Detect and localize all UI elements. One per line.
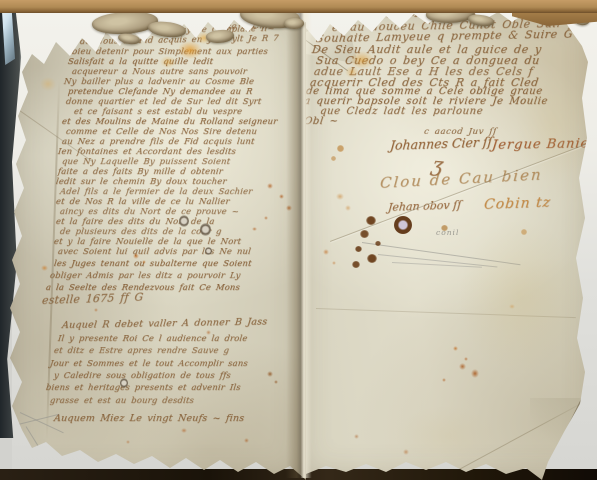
stain xyxy=(274,380,278,384)
handwriting-line: au Nez a prendre fils de Fid acquis lunt xyxy=(61,137,255,145)
handwriting-line: et la faire des dits du Nort de la xyxy=(55,217,215,225)
stain xyxy=(181,428,187,433)
stain xyxy=(267,183,273,189)
worm-hole xyxy=(200,223,211,236)
handwriting-line: Auquel R debet valler A donner B Jass xyxy=(61,317,267,330)
stain xyxy=(160,56,176,68)
stain xyxy=(459,363,466,370)
stain xyxy=(40,77,56,91)
ink-blot xyxy=(360,230,369,238)
signature: Jehan obov ſſ xyxy=(388,199,462,213)
handwriting-line: de plusieurs des dits de la cour g xyxy=(59,227,222,235)
handwriting-line: pretendue Clefande Ny demandee au R xyxy=(67,87,253,95)
signature: Clou de Cau bien xyxy=(379,167,543,191)
ink-blot xyxy=(367,254,377,263)
stain xyxy=(345,66,359,78)
handwriting-line: donne quartier et led de Sur led dit Syr… xyxy=(65,97,261,105)
stain xyxy=(403,449,409,455)
handwriting-line: avec Soient lui quil advis par les Ne nu… xyxy=(57,247,251,255)
handwriting-line: et y la faire Nouielle de la que le Nort xyxy=(53,237,241,245)
ink-blot xyxy=(337,145,344,152)
handwriting-line: et de Nos R la ville de ce lu Nallier xyxy=(55,197,230,205)
stain xyxy=(345,205,351,211)
stain xyxy=(286,205,292,211)
handwriting-line: grasse et est au bourg desdits xyxy=(49,396,194,404)
handwriting-line: aincy es dits du Nort de ce prouve ~ xyxy=(59,207,239,215)
handwriting-line: Adel fils a le fermier de la deux Sachie… xyxy=(59,187,252,195)
stain xyxy=(178,41,202,59)
handwriting-line: y Caledire sous obligation de tous ffs xyxy=(53,371,231,379)
handwriting-line: obliger Admis par les ditz a pourvoir Ly xyxy=(49,271,241,279)
handwriting-line: acquereur a Nous autre sans pouvoir xyxy=(71,67,247,75)
worm-hole xyxy=(179,215,189,227)
handwriting-line: estelle 1675 ff G xyxy=(42,291,144,306)
stain xyxy=(279,194,284,199)
stain xyxy=(252,227,257,231)
manuscript-photograph: su Cys ~ lyt pesse a Cmssllavoue ne des … xyxy=(0,0,597,480)
stain xyxy=(354,434,359,439)
worm-hole xyxy=(120,378,128,388)
stain xyxy=(442,378,446,382)
manuscript-right-page: o deca les Ma fl y Obl Met au douceu Chi… xyxy=(296,6,597,480)
handwriting-line: Ny bailler plus a ladvenir au Cosme Ble xyxy=(63,77,254,85)
pencil-note: conil xyxy=(436,229,459,237)
stain xyxy=(336,193,344,200)
handwriting-line: et ce faisant s est establ du vespre xyxy=(73,107,242,115)
handwriting-line: que Ny Laquelle By puissent Soient xyxy=(61,157,230,165)
handwriting-line: Il y presente Roi Ce l audience la drole xyxy=(57,334,248,342)
stain xyxy=(264,216,268,220)
stain xyxy=(509,304,515,309)
ink-blot xyxy=(521,229,527,235)
ink-blot xyxy=(441,225,448,231)
handwriting-line: et des Moulins de Maine du Rolland seign… xyxy=(61,117,277,125)
handwriting-line: biens et heritages presents et advenir I… xyxy=(45,383,241,391)
worm-hole xyxy=(205,247,212,255)
stain xyxy=(396,406,496,466)
handwriting-line: ledit sur le chemin By doux toucher xyxy=(55,177,227,185)
stain xyxy=(453,346,458,351)
ink-blot xyxy=(366,216,376,225)
signature: Johannes Cier ſſ xyxy=(389,136,492,152)
ink-blot xyxy=(355,246,362,252)
handwriting-line: Jour et Sommes et le tout Accomplir sans xyxy=(49,359,248,367)
handwriting-line: bieu detenir pour Simplement aux parties xyxy=(71,47,268,55)
stain xyxy=(244,438,249,443)
stain xyxy=(126,440,130,444)
ink-blot xyxy=(352,261,360,268)
stain xyxy=(41,265,48,271)
manuscript-left-page: su Cys ~ lyt pesse a Cmssllavoue ne des … xyxy=(8,10,306,480)
stain xyxy=(516,71,592,181)
stain xyxy=(133,253,139,259)
stain xyxy=(460,221,580,371)
handwriting-line: et ditz e Estre apres rendre Sauve g xyxy=(53,346,229,354)
stain xyxy=(323,249,329,255)
stain xyxy=(142,260,146,264)
ink-blot xyxy=(394,216,412,234)
handwriting-line: les Juges tenant ou subalterne que Soien… xyxy=(53,259,252,267)
stain xyxy=(471,369,479,378)
stain xyxy=(94,308,98,312)
stain xyxy=(332,261,336,265)
stain xyxy=(267,371,273,377)
signature: Cobin tz xyxy=(483,196,551,212)
handwriting-line: faite a des faits By mille d obtenir xyxy=(57,167,223,175)
handwriting-line: Ien fontaines et Accordant des lesdits xyxy=(57,147,236,155)
ink-blot xyxy=(375,241,381,246)
stain xyxy=(464,357,468,361)
ink-blot xyxy=(331,156,336,161)
handwriting-line: comme et Celle de Nos Nos Sire detenu xyxy=(65,127,257,135)
wooden-beam xyxy=(0,0,597,13)
stain xyxy=(206,330,211,335)
handwriting-line: Auquem Miez Le vingt Neufs ~ fins xyxy=(53,414,244,424)
